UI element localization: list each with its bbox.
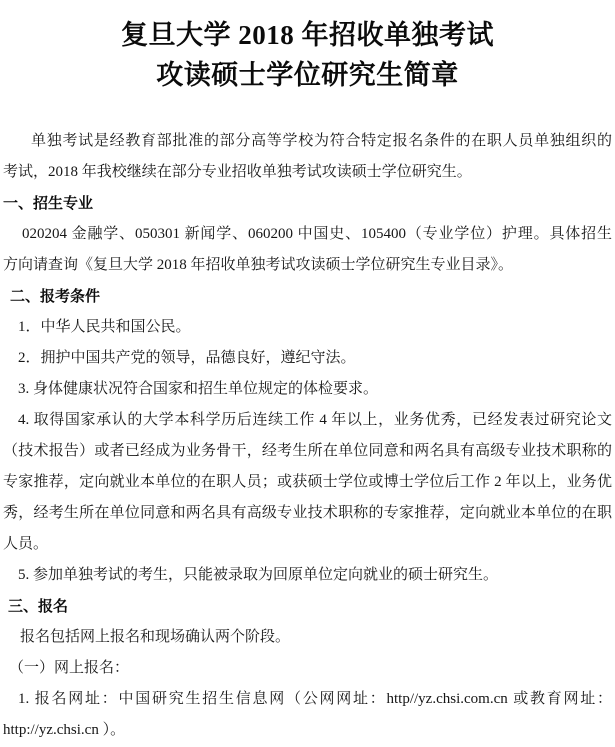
registration-subheading-online: （一）网上报名： xyxy=(3,653,612,684)
document-page: 复旦大学 2018 年招收单独考试 攻读硕士学位研究生简章 单独考试是经教育部批… xyxy=(0,0,615,747)
registration-intro: 报名包括网上报名和现场确认两个阶段。 xyxy=(3,622,612,653)
registration-item-1-line-1: 1. 报名网址：中国研究生招生信息网（公网网址：http//yz.chsi.co… xyxy=(3,684,612,715)
requirement-item-5: 5. 参加单独考试的考生，只能被录取为回原单位定向就业的硕士研究生。 xyxy=(3,560,612,591)
document-title-line2: 攻读硕士学位研究生简章 xyxy=(3,55,612,95)
requirement-item-4-line-3: 专家推荐，定向就业本单位的在职人员；或获硕士学位或博士学位后工作 2 年以上，业… xyxy=(3,467,612,498)
section-heading-requirements: 二、报考条件 xyxy=(3,281,612,312)
registration-item-1-line-2: http://yz.chsi.cn ）。 xyxy=(3,715,612,746)
intro-line-1: 单独考试是经教育部批准的部分高等学校为符合特定报名条件的在职人员单独组织的 xyxy=(3,126,612,157)
requirement-item-4-line-5: 人员。 xyxy=(3,529,612,560)
section-heading-registration: 三、报名 xyxy=(3,591,612,622)
requirement-item-3: 3. 身体健康状况符合国家和招生单位规定的体检要求。 xyxy=(3,374,612,405)
requirement-item-4-line-2: （技术报告）或者已经成为业务骨干，经考生所在单位同意和两名具有高级专业技术职称的 xyxy=(3,436,612,467)
requirement-item-2: 2．拥护中国共产党的领导，品德良好，遵纪守法。 xyxy=(3,343,612,374)
admission-line-2: 方向请查询《复旦大学 2018 年招收单独考试攻读硕士学位研究生专业目录》。 xyxy=(3,250,612,281)
intro-line-2: 考试，2018 年我校继续在部分专业招收单独考试攻读硕士学位研究生。 xyxy=(3,157,612,188)
requirement-item-1: 1．中华人民共和国公民。 xyxy=(3,312,612,343)
requirement-item-4-line-1: 4. 取得国家承认的大学本科学历后连续工作 4 年以上，业务优秀，已经发表过研究… xyxy=(3,405,612,436)
section-heading-admission: 一、招生专业 xyxy=(3,188,612,219)
requirement-item-4-line-4: 秀，经考生所在单位同意和两名具有高级专业技术职称的专家推荐，定向就业本单位的在职 xyxy=(3,498,612,529)
document-title-line1: 复旦大学 2018 年招收单独考试 xyxy=(3,15,612,55)
admission-line-1: 020204 金融学、050301 新闻学、060200 中国史、105400（… xyxy=(3,219,612,250)
document-body: 单独考试是经教育部批准的部分高等学校为符合特定报名条件的在职人员单独组织的 考试… xyxy=(3,126,612,746)
